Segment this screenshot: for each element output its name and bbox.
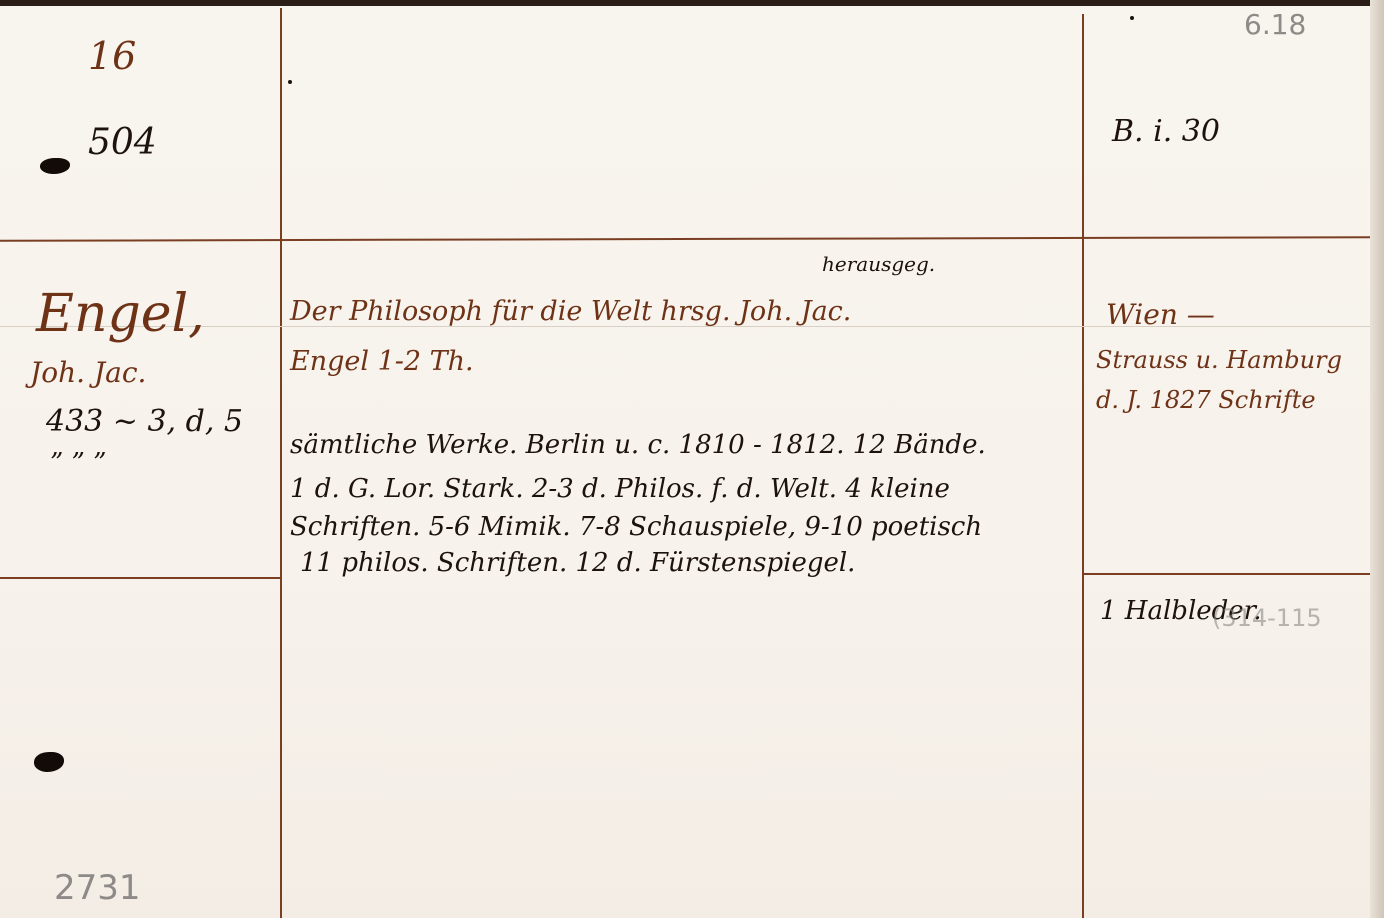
catalog-card: 16 504 6.18 B. i. 30 Engel, Joh. Jac. 43… xyxy=(0,0,1384,918)
card-right-edge xyxy=(1370,0,1384,918)
author-surname: Engel, xyxy=(36,284,205,344)
contents-line-4: 11 philos. Schriften. 12 d. Fürstenspieg… xyxy=(300,548,855,578)
contents-line-2: 1 d. G. Lor. Stark. 2-3 d. Philos. f. d.… xyxy=(290,474,950,504)
title-line-2: Engel 1-2 Th. xyxy=(290,346,474,377)
column-divider-left xyxy=(280,8,282,918)
contents-line-3: Schriften. 5-6 Mimik. 7-8 Schauspiele, 9… xyxy=(290,512,982,542)
ink-blot xyxy=(40,158,70,174)
title-line-1: Der Philosoph für die Welt hrsg. Joh. Ja… xyxy=(290,296,851,327)
imprint-place: Wien — xyxy=(1106,298,1215,331)
author-reference: 433 ~ 3, d, 5 xyxy=(46,404,243,439)
card-top-edge xyxy=(0,0,1384,6)
ditto-marks: ” ” ” xyxy=(50,448,106,478)
ink-dot xyxy=(288,80,292,84)
author-given-name: Joh. Jac. xyxy=(30,356,146,389)
ink-blot xyxy=(34,752,64,772)
row-divider-right-bottom xyxy=(1084,573,1370,575)
imprint-publisher: Strauss u. Hamburg xyxy=(1096,346,1342,374)
column-divider-right xyxy=(1082,14,1084,918)
ink-dot xyxy=(1130,16,1134,20)
pencil-mark-top-right: 6.18 xyxy=(1244,8,1306,41)
imprint-year: d. J. 1827 Schrifte xyxy=(1096,386,1316,414)
pencil-number-bottom-left: 2731 xyxy=(54,868,141,908)
card-number-bottom: 504 xyxy=(88,122,157,163)
title-interlinear-note: herausgeg. xyxy=(822,252,935,276)
card-number-top: 16 xyxy=(88,34,136,78)
row-divider-left-bottom xyxy=(0,577,282,579)
pencil-mark-binding: (314-115 xyxy=(1212,604,1322,632)
row-divider-top xyxy=(0,236,1370,242)
shelf-mark: B. i. 30 xyxy=(1112,114,1220,149)
contents-line-1: sämtliche Werke. Berlin u. c. 1810 - 181… xyxy=(290,430,986,460)
